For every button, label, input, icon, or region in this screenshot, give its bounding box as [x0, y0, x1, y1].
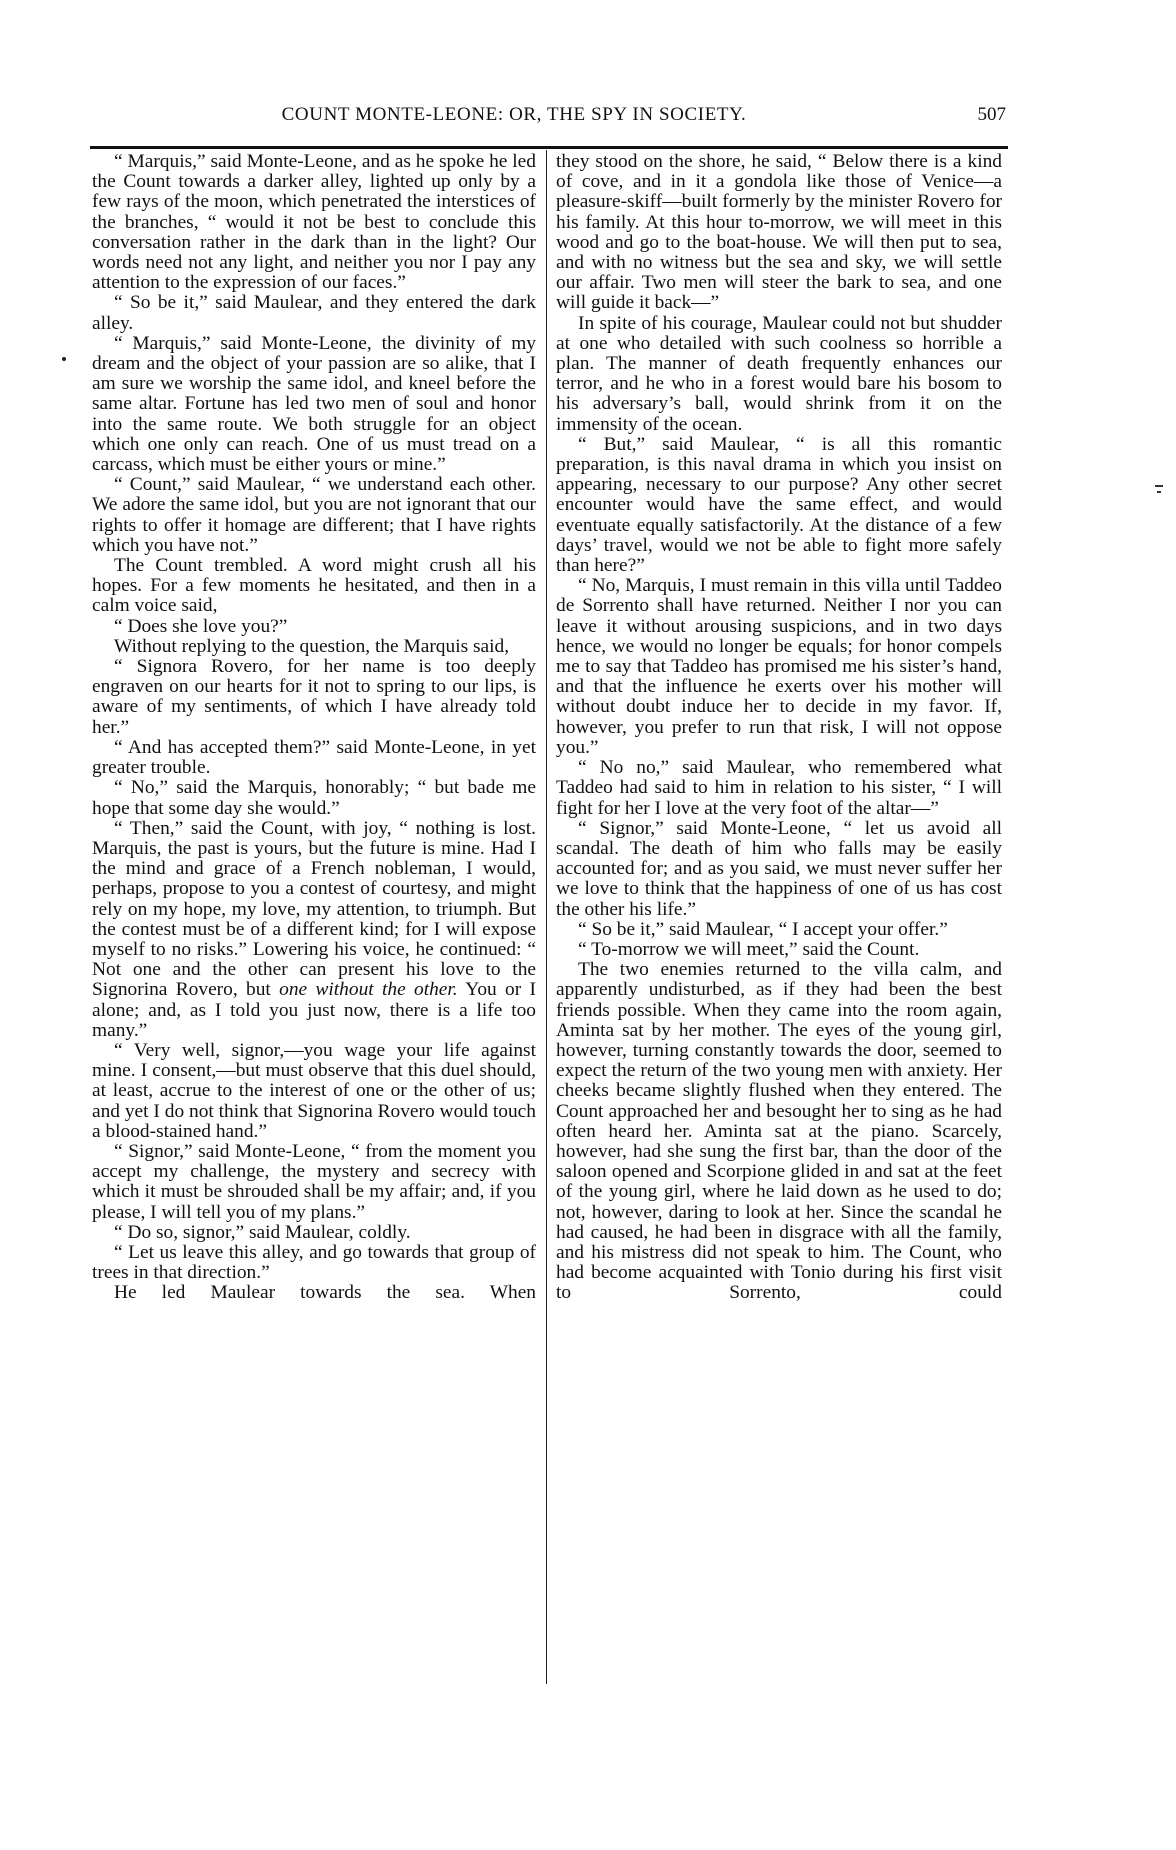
- margin-tick-mark: [1155, 485, 1163, 487]
- paragraph: He led Maulear towards the sea. When: [92, 1283, 536, 1303]
- paragraph: “ Marquis,” said Monte-Leone, the divini…: [92, 334, 536, 475]
- paragraph: “ Marquis,” said Monte-Leone, and as he …: [92, 152, 536, 293]
- paragraph: The Count trembled. A word might crush a…: [92, 556, 536, 617]
- header-rule: [90, 146, 1008, 149]
- paragraph-with-emphasis: “ Then,” said the Count, with joy, “ not…: [92, 819, 536, 1041]
- paragraph: “ No,” said the Marquis, honorably; “ bu…: [92, 778, 536, 818]
- column-divider: [546, 150, 547, 1684]
- paragraph: “ No no,” said Maulear, who remembered w…: [556, 758, 1002, 819]
- paragraph: “ And has accepted them?” said Monte-Leo…: [92, 738, 536, 778]
- running-head: COUNT MONTE-LEONE: OR, THE SPY IN SOCIET…: [94, 104, 1008, 130]
- paragraph: “ Count,” said Maulear, “ we understand …: [92, 475, 536, 556]
- paragraph: “ No, Marquis, I must remain in this vil…: [556, 576, 1002, 758]
- page-number: 507: [978, 104, 1007, 126]
- margin-ink-mark: [62, 357, 66, 361]
- paragraph: In spite of his courage, Maulear could n…: [556, 314, 1002, 435]
- right-column: they stood on the shore, he said, “ Belo…: [556, 152, 1002, 1304]
- paragraph: “ Signor,” said Monte-Leone, “ from the …: [92, 1142, 536, 1223]
- paragraph: “ Signora Rovero, for her name is too de…: [92, 657, 536, 738]
- margin-tick-mark: [1157, 491, 1161, 493]
- emphasis-text: one without the other.: [279, 979, 458, 1000]
- left-column: “ Marquis,” said Monte-Leone, and as he …: [92, 152, 536, 1304]
- paragraph: they stood on the shore, he said, “ Belo…: [556, 152, 1002, 314]
- paragraph: The two enemies returned to the villa ca…: [556, 960, 1002, 1303]
- paragraph: “ To-morrow we will meet,” said the Coun…: [556, 940, 1002, 960]
- running-title: COUNT MONTE-LEONE: OR, THE SPY IN SOCIET…: [94, 104, 934, 126]
- paragraph: “ So be it,” said Maulear, “ I accept yo…: [556, 920, 1002, 940]
- paragraph: “ But,” said Maulear, “ is all this roma…: [556, 435, 1002, 576]
- paragraph: “ Signor,” said Monte-Leone, “ let us av…: [556, 819, 1002, 920]
- paragraph: “ Very well, signor,—you wage your life …: [92, 1041, 536, 1142]
- paragraph-text: “ Then,” said the Count, with joy, “ not…: [92, 818, 536, 1001]
- paragraph: “ So be it,” said Maulear, and they ente…: [92, 293, 536, 333]
- paragraph: Without replying to the question, the Ma…: [92, 637, 536, 657]
- paragraph: “ Do so, signor,” said Maulear, coldly.: [92, 1223, 536, 1243]
- paragraph: “ Does she love you?”: [92, 617, 536, 637]
- paragraph: “ Let us leave this alley, and go toward…: [92, 1243, 536, 1283]
